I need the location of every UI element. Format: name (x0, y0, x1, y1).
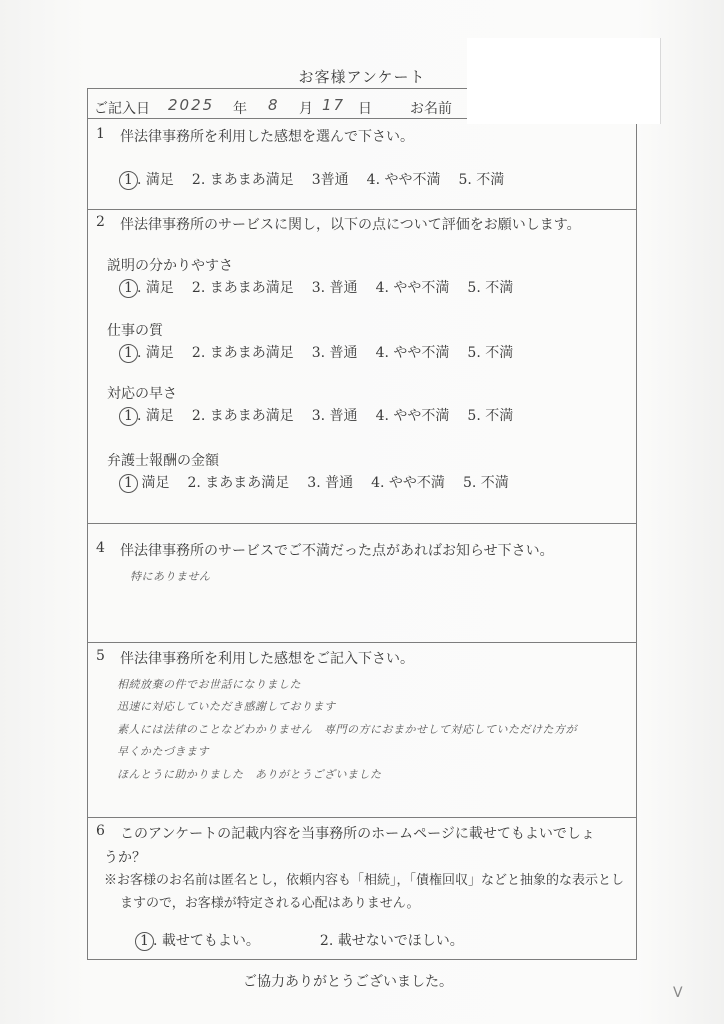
q6-options: 1. 載せてもよい。 2. 載せないでほしい。 (138, 930, 482, 951)
q2-item-label-quality: 仕事の質 (107, 320, 163, 340)
q6-question-line-2: うか？ (104, 847, 146, 867)
q2-fee-option-5[interactable]: 5. 不満 (463, 472, 509, 493)
q2-number: 2 (96, 214, 105, 230)
q2-item-label-clarity: 説明の分かりやすさ (107, 255, 233, 275)
name-label: お名前 (410, 98, 452, 118)
q2-quality-option-1[interactable]: 1. 満足 (122, 342, 174, 363)
q5-answer-line-5[interactable]: ほんとうに助かりました ありがとうございました (117, 766, 382, 782)
q2-speed-option-3[interactable]: 3. 普通 (312, 405, 358, 426)
q2-fee-option-3[interactable]: 3. 普通 (307, 472, 353, 493)
q2-fee-option-4[interactable]: 4. やや不満 (371, 472, 445, 493)
check-mark-icon: V (673, 985, 683, 1001)
q4-handwritten-answer[interactable]: 特にありません (130, 568, 211, 584)
month-label: 月 (299, 98, 313, 118)
q2-item-label-fee: 弁護士報酬の金額 (107, 450, 219, 470)
q2-clarity-option-3[interactable]: 3. 普通 (312, 277, 358, 298)
table-top-border (87, 88, 467, 89)
year-label: 年 (233, 98, 247, 118)
q2-fee-option-1[interactable]: 1 満足 (122, 472, 169, 493)
q1-question: 伴法律事務所を利用した感想を選んで下さい。 (120, 126, 414, 146)
day-label: 日 (358, 98, 372, 118)
q6-question-line-1: このアンケートの記載内容を当事務所のホームページに載せてもよいでしょ (120, 823, 595, 843)
divider-q1-q2 (87, 209, 637, 210)
q2-clarity-option-1[interactable]: 1. 満足 (122, 277, 174, 298)
q2-speed-option-4[interactable]: 4. やや不満 (376, 405, 450, 426)
q2-quality-option-2[interactable]: 2. まあまあ満足 (192, 342, 294, 363)
q1-number: 1 (96, 126, 105, 142)
year-value[interactable]: 2025 (168, 96, 214, 114)
q2-clarity-scale: 1. 満足 2. まあまあ満足 3. 普通 4. やや不満 5. 不満 (122, 277, 531, 298)
q2-quality-option-4[interactable]: 4. やや不満 (376, 342, 450, 363)
divider-q5-q6 (87, 817, 637, 818)
q2-item-label-speed: 対応の早さ (107, 383, 177, 403)
day-value[interactable]: 17 (322, 96, 345, 114)
q2-question: 伴法律事務所のサービスに関し，以下の点について評価をお願いします。 (120, 214, 581, 234)
q2-clarity-option-4[interactable]: 4. やや不満 (376, 277, 450, 298)
month-value[interactable]: 8 (268, 96, 280, 114)
q6-note-line-2: ますので，お客様が特定される心配はありません。 (120, 892, 420, 911)
q1-option-5[interactable]: 5. 不満 (458, 169, 504, 190)
q1-rating-scale: 1. 満足 2. まあまあ満足 3普通 4. やや不満 5. 不満 (122, 169, 522, 190)
q2-speed-scale: 1. 満足 2. まあまあ満足 3. 普通 4. やや不満 5. 不満 (122, 405, 531, 426)
q6-number: 6 (96, 823, 105, 839)
q4-question: 伴法律事務所のサービスでご不満だった点があればお知らせ下さい。 (120, 540, 554, 560)
divider-q2-q4 (87, 523, 637, 524)
q5-answer-line-1[interactable]: 相続放棄の件でお世話になりました (117, 676, 301, 692)
q1-option-4[interactable]: 4. やや不満 (367, 169, 441, 190)
q4-number: 4 (96, 540, 105, 556)
thanks-message: ご協力ありがとうございました。 (243, 971, 453, 991)
q2-speed-option-1[interactable]: 1. 満足 (122, 405, 174, 426)
q5-answer-line-2[interactable]: 迅速に対応していただき感謝しております (117, 698, 336, 714)
q2-fee-option-2[interactable]: 2. まあまあ満足 (187, 472, 289, 493)
q6-note-line-1: ※お客様のお名前は匿名とし，依頼内容も「相続」，「債権回収」などと抽象的な表示と… (104, 869, 624, 888)
q1-option-1[interactable]: 1. 満足 (122, 169, 174, 190)
table-right-border (636, 118, 637, 959)
q2-quality-scale: 1. 満足 2. まあまあ満足 3. 普通 4. やや不満 5. 不満 (122, 342, 531, 363)
q2-fee-scale: 1 満足 2. まあまあ満足 3. 普通 4. やや不満 5. 不満 (122, 472, 527, 493)
table-bottom-border (87, 959, 637, 960)
q2-speed-option-2[interactable]: 2. まあまあ満足 (192, 405, 294, 426)
q5-answer-line-3[interactable]: 素人には法律のことなどわかりません 専門の方におまかせして対応していただけた方が (117, 721, 577, 737)
q6-option-allow[interactable]: 1. 載せてもよい。 (138, 930, 260, 951)
date-label: ご記入日 (94, 98, 150, 118)
name-redaction-box (467, 38, 661, 124)
q6-option-deny[interactable]: 2. 載せないでほしい。 (320, 930, 464, 951)
q1-option-3[interactable]: 3普通 (312, 169, 349, 190)
q2-clarity-option-2[interactable]: 2. まあまあ満足 (192, 277, 294, 298)
divider-q4-q5 (87, 642, 637, 643)
q2-quality-option-3[interactable]: 3. 普通 (312, 342, 358, 363)
q5-number: 5 (96, 648, 105, 664)
q5-answer-line-4[interactable]: 早くかたづきます (117, 743, 209, 759)
q1-option-2[interactable]: 2. まあまあ満足 (192, 169, 294, 190)
q5-question: 伴法律事務所を利用した感想をご記入下さい。 (120, 648, 414, 668)
q2-quality-option-5[interactable]: 5. 不満 (467, 342, 513, 363)
q2-speed-option-5[interactable]: 5. 不満 (467, 405, 513, 426)
q2-clarity-option-5[interactable]: 5. 不満 (467, 277, 513, 298)
